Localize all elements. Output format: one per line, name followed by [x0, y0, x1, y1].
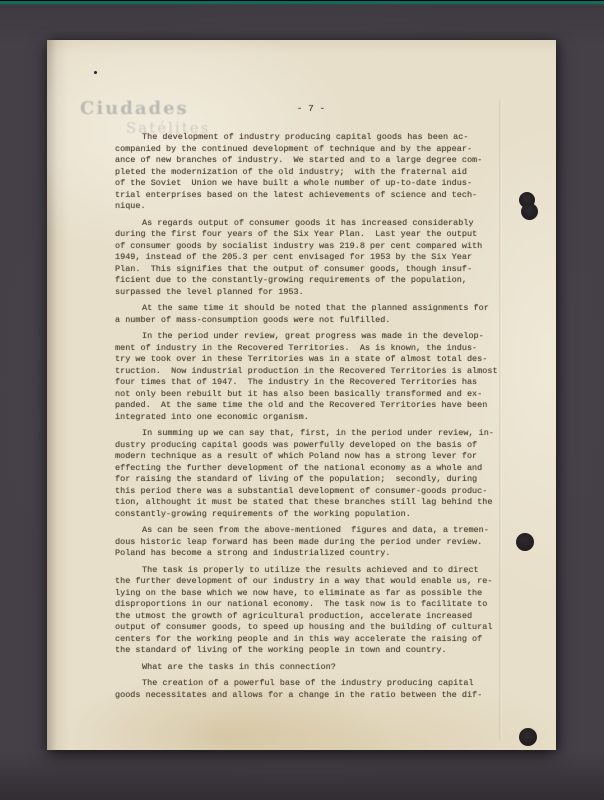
text-line: In the period under review, great progre… [115, 331, 515, 343]
paragraph: The task is properly to utilize the resu… [115, 565, 515, 657]
text-line: The creation of a powerful base of the i… [115, 678, 515, 690]
text-block: The development of industry producing ca… [115, 132, 515, 706]
text-line: As can be seen from the above-mentioned … [115, 525, 515, 537]
text-line: companied by the continued development o… [115, 144, 515, 156]
text-line: lying on the base which we now have, to … [115, 588, 515, 600]
paragraph: As regards output of consumer goods it h… [115, 218, 515, 299]
top-teal-strip [0, 0, 604, 5]
text-line: of the Soviet Union we have built a whol… [115, 178, 515, 190]
text-line: 1949, instead of the 205.3 per cent envi… [115, 252, 515, 264]
paragraph: In the period under review, great progre… [115, 331, 515, 423]
text-line: panded. At the same time the old and the… [115, 400, 515, 412]
paragraph: At the same time it should be noted that… [115, 303, 515, 326]
text-line: As regards output of consumer goods it h… [115, 218, 515, 230]
text-line: The task is properly to utilize the resu… [115, 565, 515, 577]
text-line: Poland has become a strong and industria… [115, 548, 515, 560]
text-line: for raising the standard of living of th… [115, 474, 515, 486]
text-line: integrated into one economic organism. [115, 412, 515, 424]
text-line: during the first four years of the Six Y… [115, 229, 515, 241]
text-line: truction. Now industrial production in t… [115, 366, 515, 378]
text-line: modern technique as a result of which Po… [115, 451, 515, 463]
text-line: constantly-growing requirements of the w… [115, 509, 515, 521]
ink-dot [519, 728, 537, 746]
text-line: dustry producing capital goods was power… [115, 440, 515, 452]
paragraph: The development of industry producing ca… [115, 132, 515, 213]
text-line: of consumer goods by socialist industry … [115, 241, 515, 253]
text-line: goods necessitates and allows for a chan… [115, 690, 515, 702]
text-line: effecting the further development of the… [115, 463, 515, 475]
text-line: What are the tasks in this connection? [115, 662, 515, 674]
paragraph: The creation of a powerful base of the i… [115, 678, 515, 701]
ink-dot [521, 203, 538, 220]
text-line: pleted the modernization of the old indu… [115, 167, 515, 179]
text-line: output of consumer goods, to speed up ho… [115, 622, 515, 634]
text-line: this period there was a substantial deve… [115, 486, 515, 498]
text-line: not only been rebuilt but it has also be… [115, 389, 515, 401]
text-line: trial enterprises based on the latest ac… [115, 190, 515, 202]
paragraph: In summing up we can say that, first, in… [115, 428, 515, 520]
text-line: In summing up we can say that, first, in… [115, 428, 515, 440]
text-line: centers for the working people and in th… [115, 634, 515, 646]
text-line: ficient due to the constantly-growing re… [115, 275, 515, 287]
text-line: dous historic leap forward has been made… [115, 537, 515, 549]
text-line: four times that of 1947. The industry in… [115, 377, 515, 389]
text-line: the utmost the growth of agricultural pr… [115, 611, 515, 623]
text-line: nique. [115, 201, 515, 213]
text-line: ance of new branches of industry. We sta… [115, 155, 515, 167]
text-line: disproportions in our national economy. … [115, 599, 515, 611]
page-number: - 7 - [115, 103, 507, 114]
paragraph: As can be seen from the above-mentioned … [115, 525, 515, 560]
text-line: surpassed the level planned for 1953. [115, 287, 515, 299]
text-line: The development of industry producing ca… [115, 132, 515, 144]
text-line: ment of industry in the Recovered Territ… [115, 343, 515, 355]
text-line: At the same time it should be noted that… [115, 303, 515, 315]
text-line: tion, althought it must be stated that t… [115, 497, 515, 509]
paragraph: What are the tasks in this connection? [115, 662, 515, 674]
ink-dot [516, 533, 534, 551]
document-page: Ciudades Satélites - 7 - The development… [47, 40, 556, 750]
text-line: try we took over in these Territories wa… [115, 354, 515, 366]
text-line: the further development of our industry … [115, 576, 515, 588]
text-line: the standard of living of the working pe… [115, 645, 515, 657]
text-line: Plan. This signifies that the output of … [115, 264, 515, 276]
ink-dot [94, 71, 97, 74]
text-line: a number of mass-consumption goods were … [115, 315, 515, 327]
